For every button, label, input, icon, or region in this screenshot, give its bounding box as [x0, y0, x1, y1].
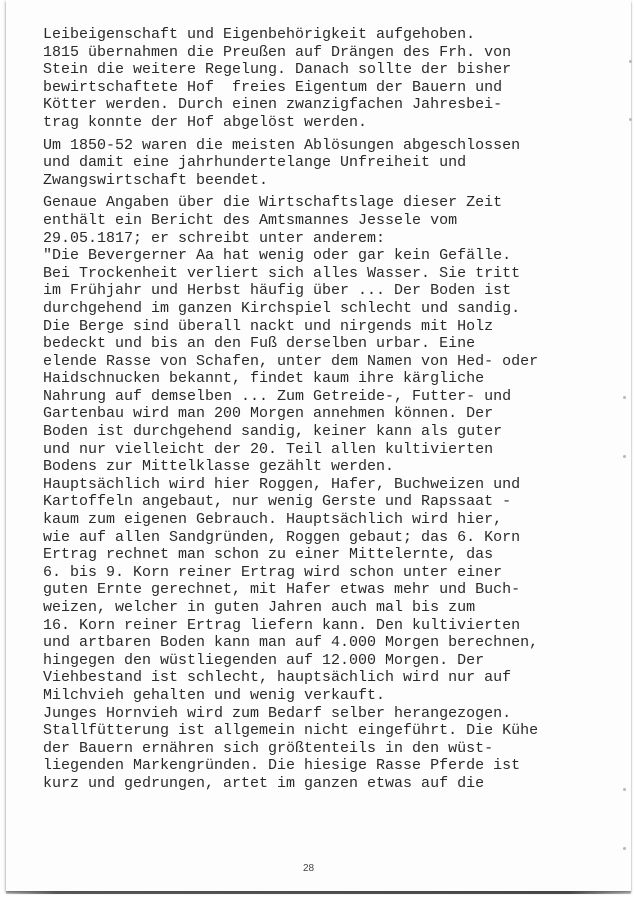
text-line: im Frühjahr und Herbst häufig über ... D…	[43, 282, 603, 300]
text-line: Nahrung auf demselben ... Zum Getreide-,…	[43, 388, 603, 406]
text-line: Zwangswirtschaft beendet.	[43, 172, 603, 190]
text-line: 29.05.1817; er schreibt unter anderem:	[43, 230, 603, 248]
text-line: 6. bis 9. Korn reiner Ertrag wird schon …	[43, 564, 603, 582]
text-line: Stein die weitere Regelung. Danach sollt…	[43, 61, 603, 79]
scan-speck	[629, 118, 632, 121]
text-line: Hauptsächlich wird hier Roggen, Hafer, B…	[43, 476, 603, 494]
text-line: Ertrag rechnet man schon zu einer Mittel…	[43, 546, 603, 564]
text-line: Stallfütterung ist allgemein nicht einge…	[43, 722, 603, 740]
text-line: Um 1850-52 waren die meisten Ablösungen …	[43, 137, 603, 155]
text-line: Junges Hornvieh wird zum Bedarf selber h…	[43, 705, 603, 723]
text-line: Viehbestand ist schlecht, hauptsächlich …	[43, 669, 603, 687]
text-line: trag konnte der Hof abgelöst werden.	[43, 114, 603, 132]
text-line: elende Rasse von Schafen, unter dem Name…	[43, 353, 603, 371]
text-line: Milchvieh gehalten und wenig verkauft.	[43, 687, 603, 705]
scan-speck	[623, 788, 626, 791]
paragraph-abolition: Leibeigenschaft und Eigenbehörigkeit auf…	[43, 26, 603, 132]
text-line: der Bauern ernähren sich größtenteils in…	[43, 740, 603, 758]
text-line: hingegen den wüstliegenden auf 12.000 Mo…	[43, 652, 603, 670]
text-line: Bodens zur Mittelklasse gezählt werden.	[43, 458, 603, 476]
body-text: Leibeigenschaft und Eigenbehörigkeit auf…	[43, 26, 603, 798]
paragraph-economic-report: Genaue Angaben über die Wirtschaftslage …	[43, 194, 603, 792]
text-line: Haidschnucken bekannt, findet kaum ihre …	[43, 370, 603, 388]
document-page: Leibeigenschaft und Eigenbehörigkeit auf…	[6, 0, 631, 891]
text-line: 1815 übernahmen die Preußen auf Drängen …	[43, 44, 603, 62]
paragraph-redemption-completed: Um 1850-52 waren die meisten Ablösungen …	[43, 137, 603, 190]
text-line: Die Berge sind überall nackt und nirgend…	[43, 318, 603, 336]
scan-speck	[623, 396, 626, 399]
text-line: 16. Korn reiner Ertrag liefern kann. Den…	[43, 617, 603, 635]
text-line: Bei Trockenheit verliert sich alles Wass…	[43, 265, 603, 283]
text-line: bedeckt und bis an den Fuß derselben urb…	[43, 335, 603, 353]
text-line: Kötter werden. Durch einen zwanzigfachen…	[43, 96, 603, 114]
text-line: "Die Bevergerner Aa hat wenig oder gar k…	[43, 247, 603, 265]
text-line: enthält ein Bericht des Amtsmannes Jesse…	[43, 212, 603, 230]
page-number: 28	[303, 863, 314, 874]
scan-speck	[623, 455, 626, 458]
scan-speck	[629, 60, 632, 63]
text-line: Boden ist durchgehend sandig, keiner kan…	[43, 423, 603, 441]
text-line: kaum zum eigenen Gebrauch. Hauptsächlich…	[43, 511, 603, 529]
text-line: Leibeigenschaft und Eigenbehörigkeit auf…	[43, 26, 603, 44]
text-line: und damit eine jahrhundertelange Unfreih…	[43, 154, 603, 172]
text-line: Genaue Angaben über die Wirtschaftslage …	[43, 194, 603, 212]
text-line: Kartoffeln angebaut, nur wenig Gerste un…	[43, 493, 603, 511]
text-line: weizen, welcher in guten Jahren auch mal…	[43, 599, 603, 617]
text-line: und nur vielleicht der 20. Teil allen ku…	[43, 441, 603, 459]
text-line: Gartenbau wird man 200 Morgen annehmen k…	[43, 405, 603, 423]
text-line: und artbaren Boden kann man auf 4.000 Mo…	[43, 634, 603, 652]
text-line: wie auf allen Sandgründen, Roggen gebaut…	[43, 529, 603, 547]
scan-speck	[623, 847, 626, 850]
text-line: bewirtschaftete Hof freies Eigentum der …	[43, 79, 603, 97]
text-line: liegenden Markengründen. Die hiesige Ras…	[43, 757, 603, 775]
text-line: guten Ernte gerechnet, mit Hafer etwas m…	[43, 581, 603, 599]
text-line: kurz und gedrungen, artet im ganzen etwa…	[43, 775, 603, 793]
text-line: durchgehend im ganzen Kirchspiel schlech…	[43, 300, 603, 318]
